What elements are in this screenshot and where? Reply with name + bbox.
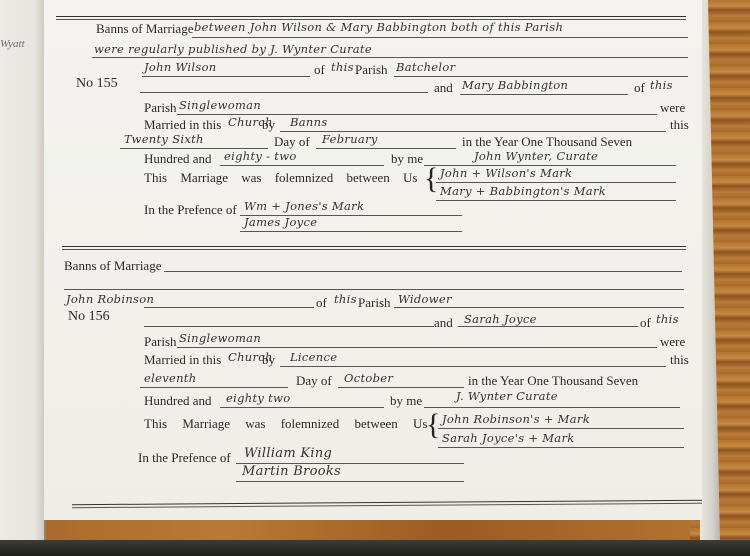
witness-2: James Joyce: [244, 215, 317, 229]
line: [436, 182, 676, 183]
line: [144, 326, 434, 327]
of-label: of: [316, 295, 327, 311]
bride-name: Sarah Joyce: [464, 312, 537, 326]
line: [316, 148, 456, 149]
groom-name: John Robinson: [66, 292, 154, 306]
of-label: of: [640, 315, 651, 331]
bride-of-parish: this: [650, 78, 673, 92]
line: [438, 428, 684, 429]
line: [394, 307, 684, 308]
marriage-by: Licence: [290, 350, 337, 364]
line: [64, 289, 684, 290]
line: [192, 37, 688, 38]
entry-number: No 155: [76, 76, 118, 92]
day: Twenty Sixth: [124, 132, 204, 146]
day-of-label: Day of: [296, 373, 332, 389]
day-of-label: Day of: [274, 134, 310, 150]
hundred-and-label: Hundred and: [144, 151, 212, 167]
officiant: J. Wynter Curate: [456, 389, 558, 403]
marriage-by: Banns: [290, 115, 328, 129]
left-page-fragment: Wyatt: [0, 38, 25, 50]
parish-label: Parish: [355, 62, 388, 78]
entry-number: No 156: [68, 309, 110, 325]
groom-of-parish: this: [331, 60, 354, 74]
bride-status: Singlewoman: [179, 98, 261, 112]
line: [144, 307, 314, 308]
groom-signature: John + Wilson's Mark: [440, 166, 572, 180]
presence-label: In the Prefence of: [138, 450, 231, 466]
solemnized-label: This Marriage was folemnized between Us: [144, 416, 427, 432]
bride-status: Singlewoman: [179, 331, 261, 345]
witness-1: Wm + Jones's Mark: [244, 199, 364, 213]
and-label: and: [434, 315, 453, 331]
groom-status: Widower: [398, 292, 452, 306]
line: [394, 76, 688, 77]
by-label: by: [262, 117, 275, 133]
book-bottom-edge: [0, 540, 750, 556]
entry-divider: [62, 246, 686, 250]
parish-label: Parish: [358, 295, 391, 311]
line: [92, 57, 688, 58]
banns-label: Banns of Marriage: [64, 258, 161, 274]
officiant: John Wynter, Curate: [474, 149, 598, 163]
banns-line-1: between John Wilson & Mary Babbington bo…: [194, 20, 563, 34]
this-label: this: [670, 117, 689, 133]
line: [164, 271, 682, 272]
month: October: [344, 371, 393, 385]
line: [220, 407, 384, 408]
presence-label: In the Prefence of: [144, 202, 237, 218]
month: February: [322, 132, 378, 146]
year-label: in the Year One Thousand Seven: [462, 134, 632, 150]
and-label: and: [434, 80, 453, 96]
parish-label: Parish: [144, 334, 177, 350]
line: [424, 407, 680, 408]
left-facing-page: Wyatt: [0, 0, 46, 540]
line: [220, 165, 384, 166]
married-in-label: Married in this: [144, 352, 221, 368]
this-label: this: [670, 352, 689, 368]
groom-name: John Wilson: [144, 60, 217, 74]
line: [460, 94, 628, 95]
solemnized-label: This Marriage was folemnized between Us: [144, 170, 417, 186]
line: [140, 92, 428, 93]
line: [142, 76, 310, 77]
line: [280, 366, 666, 367]
of-label: of: [314, 62, 325, 78]
line: [140, 387, 288, 388]
by-me-label: by me: [390, 393, 422, 409]
were-label: were: [660, 100, 685, 116]
line: [436, 200, 676, 201]
of-label: of: [634, 80, 645, 96]
bride-name: Mary Babbington: [462, 78, 568, 92]
line: [458, 326, 638, 327]
line: [236, 481, 464, 482]
banns-label: Banns of Marriage: [96, 21, 193, 37]
married-in-label: Married in this: [144, 117, 221, 133]
year: eighty - two: [224, 149, 297, 163]
by-label: by: [262, 352, 275, 368]
were-label: were: [660, 334, 685, 350]
brace: {: [424, 164, 438, 194]
by-me-label: by me: [391, 151, 423, 167]
parish-label: Parish: [144, 100, 177, 116]
line: [240, 231, 462, 232]
line: [338, 387, 464, 388]
bride-signature: Mary + Babbington's Mark: [440, 184, 606, 198]
witness-1: William King: [244, 446, 332, 461]
groom-of-parish: this: [334, 292, 357, 306]
year-label: in the Year One Thousand Seven: [468, 373, 638, 389]
bride-of-parish: this: [656, 312, 679, 326]
line: [177, 347, 657, 348]
entry-divider: [72, 500, 702, 508]
hundred-and-label: Hundred and: [144, 393, 212, 409]
groom-status: Batchelor: [396, 60, 455, 74]
line: [438, 447, 684, 448]
banns-line-2: were regularly published by J. Wynter Cu…: [94, 42, 372, 56]
register-page: Banns of Marriage between John Wilson & …: [44, 0, 702, 520]
bride-signature: Sarah Joyce's + Mark: [442, 431, 575, 445]
day: eleventh: [144, 371, 196, 385]
groom-signature: John Robinson's + Mark: [442, 412, 590, 426]
witness-2: Martin Brooks: [242, 464, 341, 479]
brace: {: [426, 410, 440, 440]
year: eighty two: [226, 391, 290, 405]
